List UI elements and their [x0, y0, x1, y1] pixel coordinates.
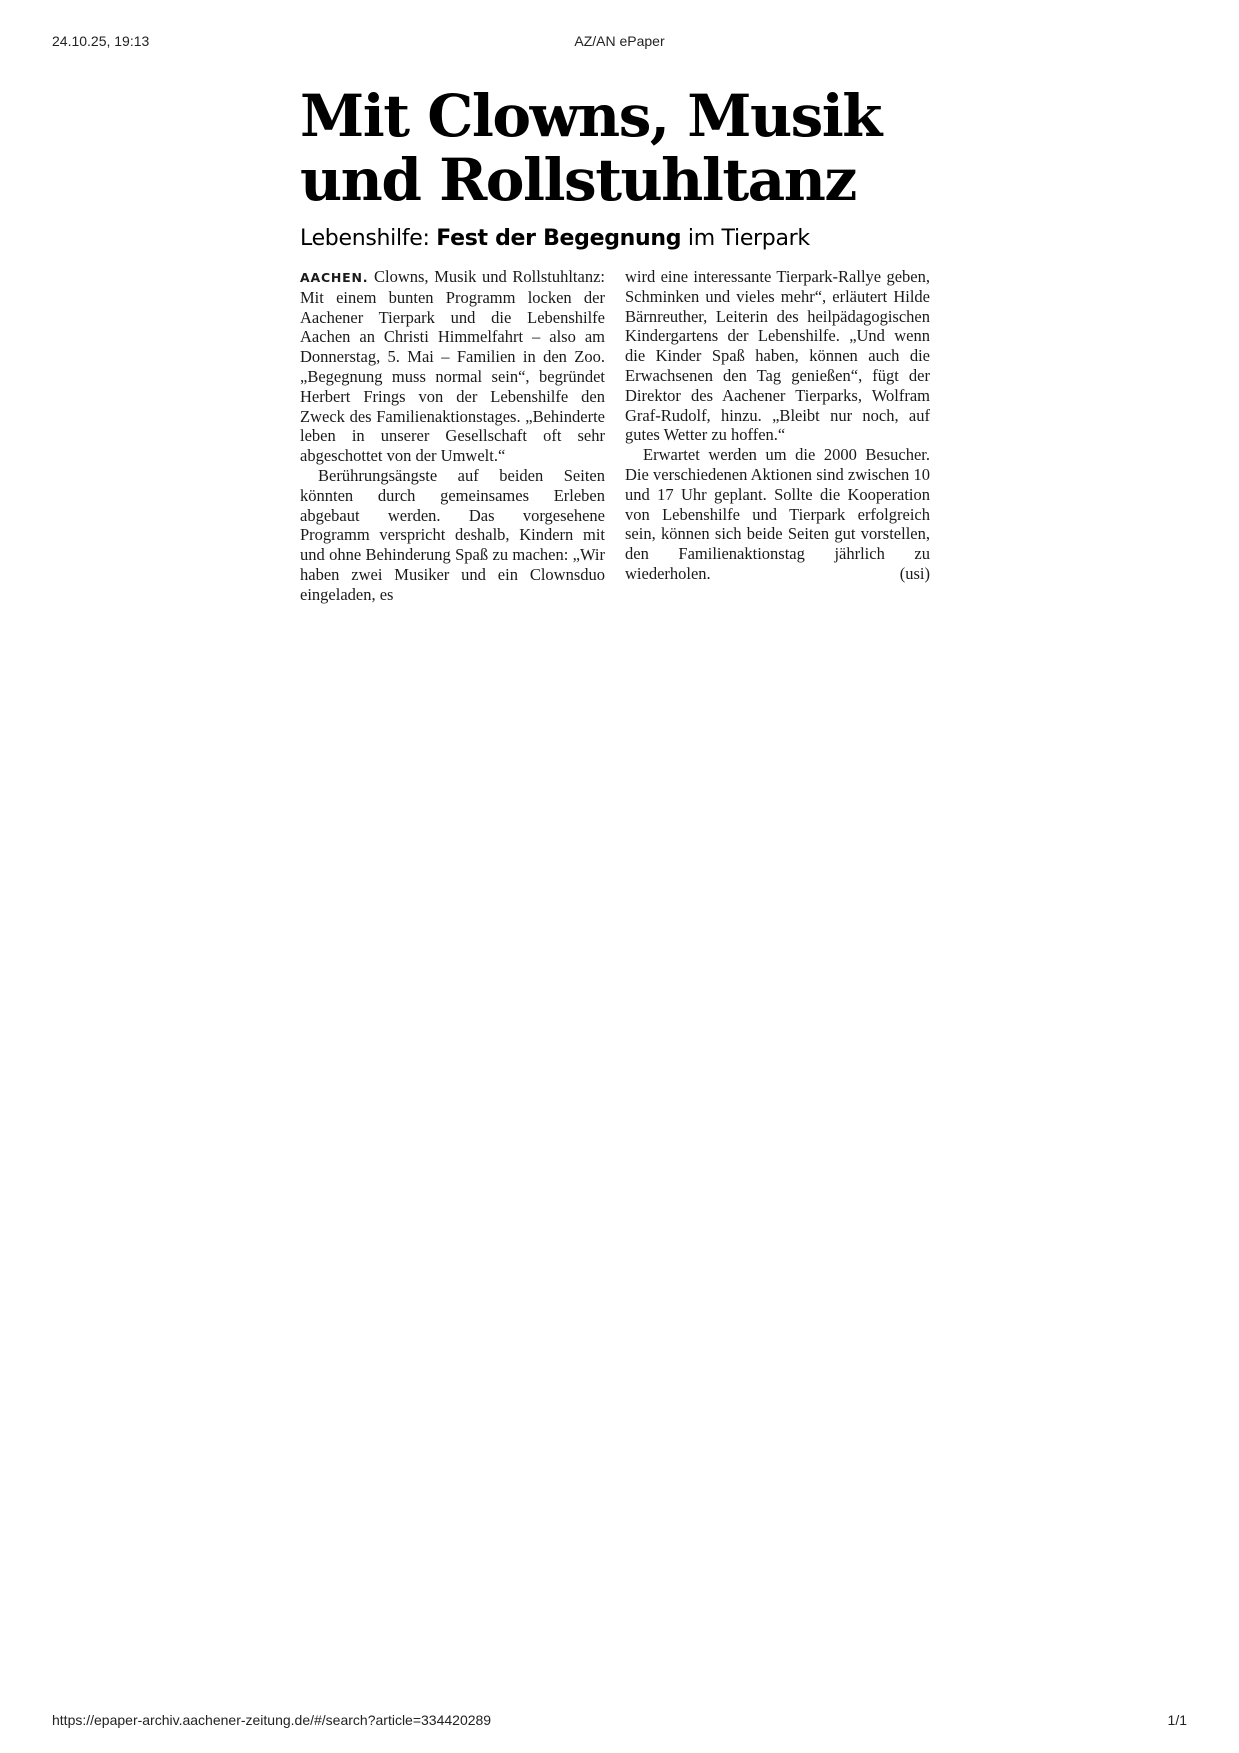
paragraph: Erwartet werden um die 2000 Besucher. Di…	[625, 445, 930, 584]
dateline: AACHEN.	[300, 270, 368, 285]
paragraph: wird eine interessante Tierpark-Rallye g…	[625, 267, 930, 445]
subhead-prefix: Lebenshilfe:	[300, 226, 436, 251]
subheadline: Lebenshilfe: Fest der Begegnung im Tierp…	[300, 226, 940, 251]
headline-line-2: und Rollstuhltanz	[300, 146, 856, 214]
paragraph-text: Erwartet werden um die 2000 Besucher. Di…	[625, 445, 930, 583]
paragraph: Berührungsängste auf beiden Seiten könnt…	[300, 466, 605, 605]
print-title: AZ/AN ePaper	[0, 33, 1239, 49]
print-url: https://epaper-archiv.aachener-zeitung.d…	[52, 1712, 491, 1728]
headline-line-1: Mit Clowns, Musik	[300, 82, 881, 150]
paragraph-text: Clowns, Musik und Rollstuhltanz: Mit ein…	[300, 267, 605, 465]
column-1: AACHEN. Clowns, Musik und Rollstuhltanz:…	[300, 267, 605, 605]
column-2: wird eine interessante Tierpark-Rallye g…	[625, 267, 930, 605]
newspaper-article: Mit Clowns, Musik und Rollstuhltanz Lebe…	[300, 84, 940, 605]
page-number: 1/1	[1168, 1712, 1187, 1728]
headline: Mit Clowns, Musik und Rollstuhltanz	[300, 84, 940, 212]
author-signature: (usi)	[882, 564, 930, 584]
article-columns: AACHEN. Clowns, Musik und Rollstuhltanz:…	[300, 267, 940, 605]
paragraph: AACHEN. Clowns, Musik und Rollstuhltanz:…	[300, 267, 605, 466]
subhead-suffix: im Tierpark	[681, 226, 810, 251]
subhead-bold: Fest der Begegnung	[436, 226, 681, 251]
